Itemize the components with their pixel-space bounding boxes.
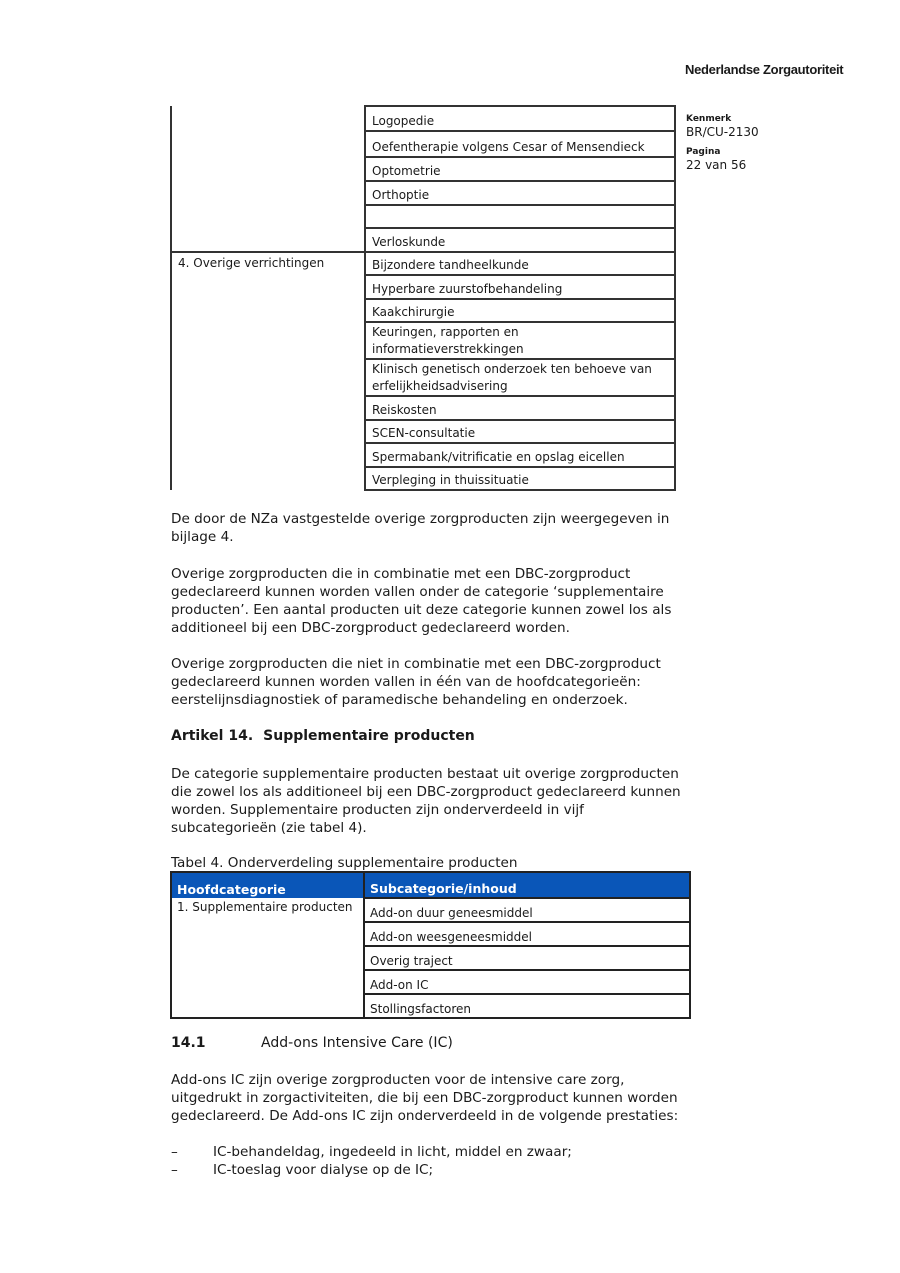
- table-row: Optometrie: [171, 157, 675, 181]
- table-cell-item: Reiskosten: [365, 396, 675, 420]
- table-row: Orthoptie: [171, 181, 675, 205]
- section-14-1-heading: 14.1Add-ons Intensive Care (IC): [171, 1035, 453, 1051]
- table-cell-item: Verpleging in thuissituatie: [365, 467, 675, 490]
- table-cell-item: Logopedie: [365, 106, 675, 131]
- article-14-heading: Artikel 14.Supplementaire producten: [171, 728, 475, 744]
- article-number: Artikel 14.: [171, 728, 253, 744]
- table-cell-item: Keuringen, rapporten en informatieverstr…: [365, 322, 675, 359]
- table-row: 4. Overige verrichtingen Bijzondere tand…: [171, 252, 675, 275]
- table-cell-category: [171, 181, 365, 205]
- organization-name: Nederlandse Zorgautoriteit: [685, 62, 843, 77]
- table-cell-item: Stollingsfactoren: [364, 994, 690, 1018]
- table-cell-item: Overig traject: [364, 946, 690, 970]
- article-title: Supplementaire producten: [263, 728, 475, 744]
- table-cell-category: [171, 228, 365, 252]
- table-cell-item: SCEN-consultatie: [365, 420, 675, 443]
- prestaties-list: – IC-behandeldag, ingedeeld in licht, mi…: [171, 1143, 572, 1179]
- table-cell-item: Add-on weesgeneesmiddel: [364, 922, 690, 946]
- table-cell-item: Optometrie: [365, 157, 675, 181]
- pagina-label: Pagina: [686, 147, 826, 158]
- list-item: – IC-toeslag voor dialyse op de IC;: [171, 1161, 572, 1179]
- column-header-hoofdcategorie: Hoofdcategorie: [171, 872, 364, 898]
- table-4-caption: Tabel 4. Onderverdeling supplementaire p…: [171, 855, 518, 871]
- document-metadata: Kenmerk BR/CU-2130 Pagina 22 van 56: [686, 114, 826, 180]
- table-cell-category: [171, 106, 365, 131]
- table-cell-category: [171, 205, 365, 228]
- table-cell-category: [171, 131, 365, 157]
- table-cell-item: Add-on IC: [364, 970, 690, 994]
- table-cell-item: Oefentherapie volgens Cesar of Mensendie…: [365, 131, 675, 157]
- pagina-value: 22 van 56: [686, 158, 826, 172]
- paragraph-supplementaire: Overige zorgproducten die in combinatie …: [171, 565, 691, 637]
- table-cell-item: [365, 205, 675, 228]
- section-title: Add-ons Intensive Care (IC): [261, 1035, 453, 1051]
- table-header-row: Hoofdcategorie Subcategorie/inhoud: [171, 872, 690, 898]
- table-row: Verloskunde: [171, 228, 675, 252]
- table-cell-item: Klinisch genetisch onderzoek ten behoeve…: [365, 359, 675, 396]
- table-cell-item: Verloskunde: [365, 228, 675, 252]
- bullet-dash: –: [171, 1161, 213, 1179]
- table-cell-item: Hyperbare zuurstofbehandeling: [365, 275, 675, 299]
- list-item-text: IC-toeslag voor dialyse op de IC;: [213, 1161, 433, 1179]
- bullet-dash: –: [171, 1143, 213, 1161]
- kenmerk-label: Kenmerk: [686, 114, 826, 125]
- table-row: Logopedie: [171, 106, 675, 131]
- table-cell-category: 1. Supplementaire producten: [171, 898, 364, 1018]
- table-cell-category: [171, 157, 365, 181]
- table-cell-item: Orthoptie: [365, 181, 675, 205]
- paragraph-hoofdcategorieen: Overige zorgproducten die niet in combin…: [171, 655, 691, 709]
- table-cell-item: Spermabank/vitrificatie en opslag eicell…: [365, 443, 675, 467]
- table-cell-item: Add-on duur geneesmiddel: [364, 898, 690, 922]
- article-14-body: De categorie supplementaire producten be…: [171, 765, 691, 837]
- category-table-continued: Logopedie Oefentherapie volgens Cesar of…: [170, 105, 676, 491]
- table-row: Oefentherapie volgens Cesar of Mensendie…: [171, 131, 675, 157]
- table-4: Hoofdcategorie Subcategorie/inhoud 1. Su…: [170, 871, 691, 1019]
- table-cell-category: 4. Overige verrichtingen: [171, 252, 365, 490]
- table-cell-item: Bijzondere tandheelkunde: [365, 252, 675, 275]
- table-cell-item: Kaakchirurgie: [365, 299, 675, 322]
- section-14-1-body: Add-ons IC zijn overige zorgproducten vo…: [171, 1071, 691, 1125]
- list-item: – IC-behandeldag, ingedeeld in licht, mi…: [171, 1143, 572, 1161]
- section-number: 14.1: [171, 1035, 261, 1051]
- table-row: 1. Supplementaire producten Add-on duur …: [171, 898, 690, 922]
- list-item-text: IC-behandeldag, ingedeeld in licht, midd…: [213, 1143, 572, 1161]
- column-header-subcategorie: Subcategorie/inhoud: [364, 872, 690, 898]
- paragraph-bijlage: De door de NZa vastgestelde overige zorg…: [171, 510, 691, 546]
- table-row: [171, 205, 675, 228]
- kenmerk-value: BR/CU-2130: [686, 125, 826, 139]
